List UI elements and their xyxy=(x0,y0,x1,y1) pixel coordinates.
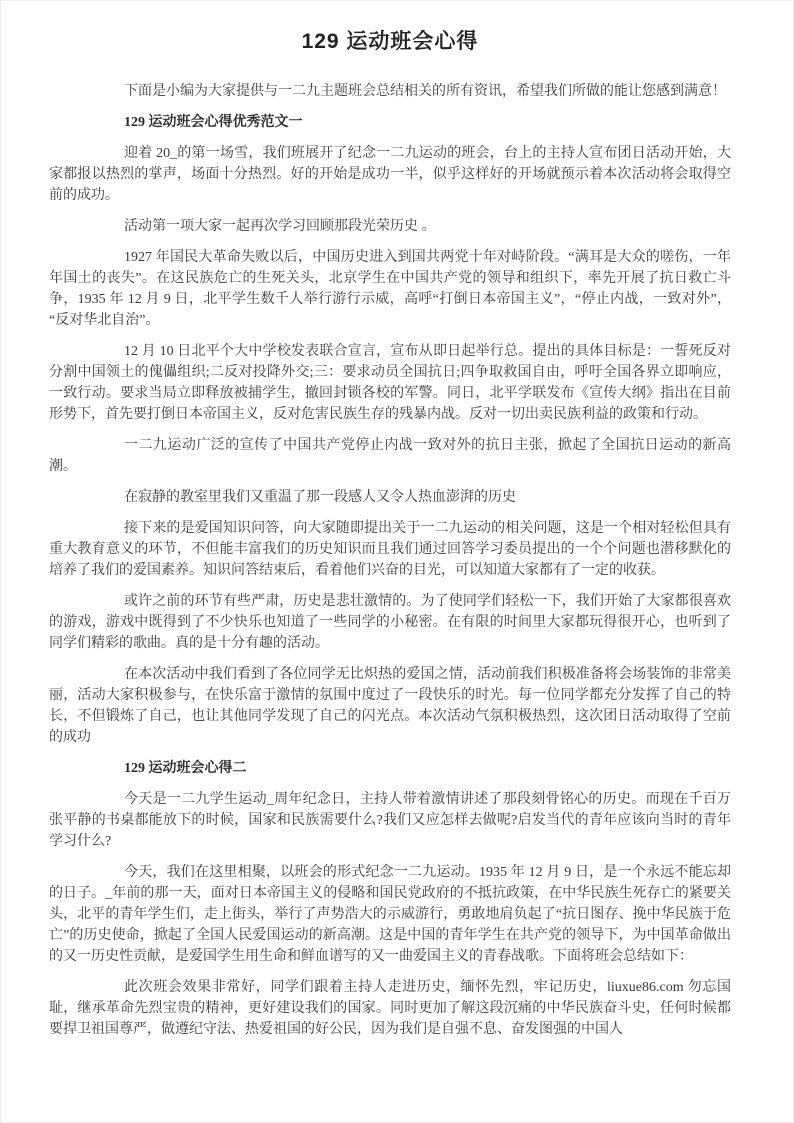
document-page: 129 运动班会心得 下面是小编为大家提供与一二九主题班会总结相关的所有资讯，希… xyxy=(0,0,794,1123)
section-2: 129 运动班会心得二 今天是一二九学生运动_周年纪念日，主持人带着激情讲述了那… xyxy=(49,758,731,1040)
paragraph: 接下来的是爱国知识问答，向大家随即提出关于一二九运动的相关问题，这是一个相对轻松… xyxy=(49,518,731,581)
section-1: 129 运动班会心得优秀范文一 迎着 20_的第一场雪，我们班展开了纪念一二九运… xyxy=(49,112,731,748)
document-content: 129 运动班会心得 下面是小编为大家提供与一二九主题班会总结相关的所有资讯，希… xyxy=(1,1,793,1040)
page-title: 129 运动班会心得 xyxy=(49,27,731,57)
paragraph: 1927 年国民大革命失败以后，中国历史进入到国共两党十年对峙阶段。“满耳是大众… xyxy=(49,247,731,331)
paragraph: 或许之前的环节有些严肃，历史是悲壮激情的。为了使同学们轻松一下，我们开始了大家都… xyxy=(49,591,731,654)
section-1-heading: 129 运动班会心得优秀范文一 xyxy=(49,112,731,133)
paragraph: 迎着 20_的第一场雪，我们班展开了纪念一二九运动的班会，台上的主持人宣布团日活… xyxy=(49,143,731,206)
paragraph: 活动第一项大家一起再次学习回顾那段光荣历史 。 xyxy=(49,216,731,237)
intro-paragraph: 下面是小编为大家提供与一二九主题班会总结相关的所有资讯，希望我们所做的能让您感到… xyxy=(49,81,731,102)
section-2-heading: 129 运动班会心得二 xyxy=(49,758,731,779)
paragraph: 12 月 10 日北平个大中学校发表联合宣言，宣布从即日起举行总。提出的具体目标… xyxy=(49,341,731,425)
paragraph: 今天是一二九学生运动_周年纪念日，主持人带着激情讲述了那段刻骨铭心的历史。而现在… xyxy=(49,789,731,852)
paragraph: 一二九运动广泛的宣传了中国共产党停止内战一致对外的抗日主张，掀起了全国抗日运动的… xyxy=(49,435,731,477)
paragraph: 在本次活动中我们看到了各位同学无比炽热的爱国之情，活动前我们积极准备将会场装饰的… xyxy=(49,664,731,748)
paragraph: 在寂静的教室里我们又重温了那一段感人又令人热血澎湃的历史 xyxy=(49,487,731,508)
paragraph: 此次班会效果非常好，同学们跟着主持人走进历史，缅怀先烈，牢记历史，liuxue8… xyxy=(49,977,731,1040)
paragraph: 今天，我们在这里相聚，以班会的形式纪念一二九运动。1935 年 12 月 9 日… xyxy=(49,862,731,967)
